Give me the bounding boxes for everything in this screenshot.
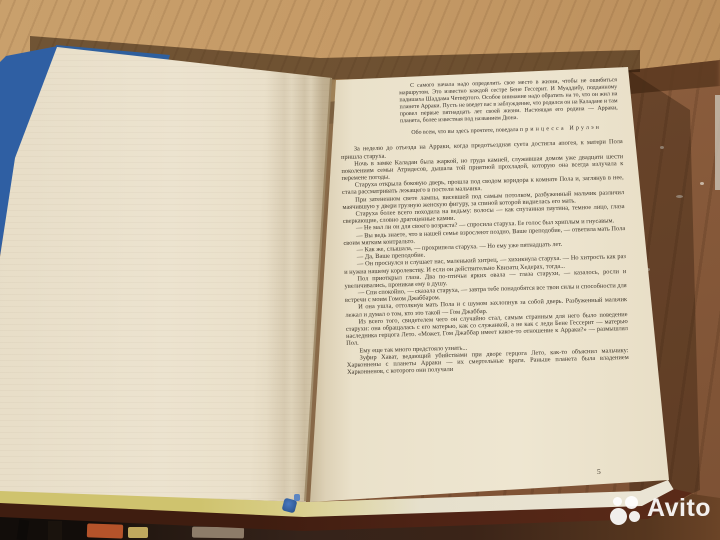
floor-debris	[48, 521, 62, 540]
avito-logo-circle	[610, 508, 627, 525]
attribution-name: принцесса Ирулэн	[520, 125, 601, 133]
attribution-prefix: Обо всем, что вы здесь прочтете, поведал…	[411, 127, 518, 136]
avito-logo-circle	[629, 511, 640, 522]
avito-logo-circle	[613, 497, 622, 506]
cover-corner-blue	[294, 494, 300, 501]
avito-watermark: Avito	[610, 487, 711, 527]
page-number: 5	[597, 467, 601, 476]
avito-logo-icon	[610, 496, 643, 527]
page-text-block: С самого начала надо определить свое мес…	[339, 77, 629, 376]
book-photo: С самого начала надо определить свое мес…	[0, 0, 720, 540]
epigraph-attribution: Обо всем, что вы здесь прочтете, поведал…	[400, 125, 618, 138]
floor-debris-orange	[87, 523, 123, 538]
floor-debris-yellow	[128, 527, 148, 538]
epigraph-text: С самого начала надо определить свое мес…	[399, 77, 618, 125]
floor-reflection	[715, 95, 720, 190]
avito-logo-circle	[625, 496, 638, 509]
avito-wordmark: Avito	[647, 496, 711, 521]
main-text: За неделю до отъезда на Арраки, когда пр…	[341, 138, 629, 376]
floor-speck	[700, 182, 704, 185]
floor-debris-gray	[192, 527, 244, 539]
